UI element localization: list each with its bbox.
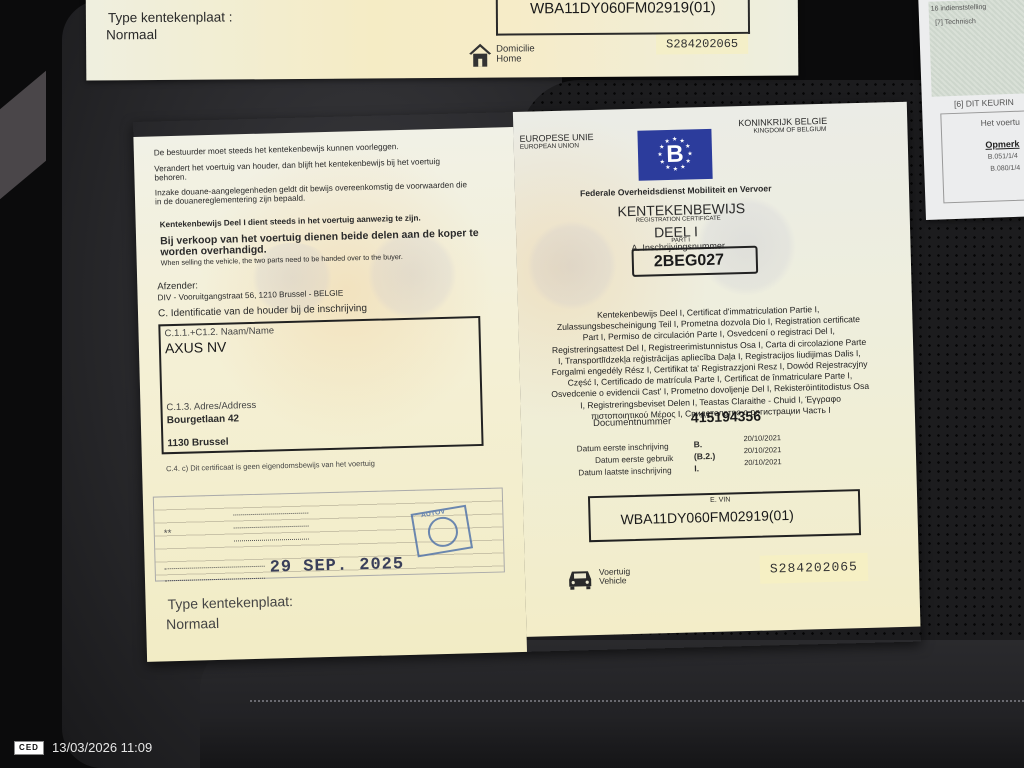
date-value: 20/10/2021 [743, 433, 781, 443]
vin-label: E. VIN [710, 496, 730, 504]
svg-text:★: ★ [657, 151, 663, 158]
svg-text:★: ★ [659, 159, 665, 166]
note-owner-change-1: Verandert het voertuig van houder, dan b… [154, 157, 440, 173]
plate-type-value: Normaal [106, 27, 157, 42]
logo-text: CED [19, 743, 39, 752]
eu-label-en: EUROPEAN UNION [520, 142, 579, 151]
photo-watermark: CED 13/03/2026 11:09 [14, 740, 152, 755]
holder-section-title: C. Identificatie van de houder bij de in… [158, 303, 367, 319]
top-vin-value: WBA11DY060FM02919(01) [530, 0, 716, 17]
rp-line5: Opmerk [985, 139, 1019, 150]
home-label-en: Home [496, 54, 535, 64]
date-code: I. [694, 463, 699, 473]
address-label: C.1.3. Adres/Address [166, 400, 256, 413]
date-value: 20/10/2021 [744, 445, 782, 455]
top-serial: S284202065 [656, 34, 748, 55]
serial-number: S284202065 [760, 553, 869, 584]
rp-line2: [7] Technisch [935, 18, 976, 26]
reg-number-box: 2BEG027 [631, 246, 758, 277]
rp-line6: B.051/1/4 [988, 153, 1018, 161]
note-present: De bestuurder moet steeds het kentekenbe… [154, 142, 399, 157]
vehicle-label-en: Vehicle [599, 576, 627, 586]
multilingual-title: Kentekenbewijs Deel I, Certificat d'imma… [548, 303, 871, 423]
stars: ** [164, 528, 172, 539]
note-keep-in-vehicle: Kentekenbewijs Deel I dient steeds in he… [160, 214, 421, 230]
date-label: Datum laatste inschrijving [578, 466, 672, 477]
car-icon [567, 568, 594, 591]
date-code: B. [694, 439, 703, 449]
home-section: Domicilie Home [468, 41, 535, 67]
vin-box: E. VIN WBA11DY060FM02919(01) [588, 489, 861, 542]
note-owner-change-2: behoren. [154, 173, 187, 183]
svg-text:★: ★ [685, 158, 691, 165]
seal-ring [426, 515, 461, 550]
date-label: Datum eerste inschrijving [577, 442, 669, 453]
ownership-note: C.4. c) Dit certificaat is geen eigendom… [166, 459, 375, 473]
top-document: Type kentekenplaat : Normaal Domicilie H… [86, 0, 799, 80]
date-stamp: 29 SEP. 2025 [269, 555, 404, 578]
owner-box: C.1.1.+C1.2. Naam/Name AXUS NV C.1.3. Ad… [158, 316, 483, 454]
rp-line3: [6] DIT KEURIN [954, 97, 1014, 109]
house-icon [468, 42, 492, 68]
left-page: De bestuurder moet steeds het kentekenbe… [133, 127, 527, 662]
right-page: EUROPESE UNIE EUROPEAN UNION KONINKRIJK … [513, 102, 921, 637]
watermark [526, 219, 618, 311]
doc-number-label: Documentnummer [593, 416, 671, 429]
inspection-paper: 16 indienststelling [7] Technisch [6] DI… [918, 0, 1024, 220]
reg-number: 2BEG027 [654, 252, 725, 272]
svg-text:★: ★ [687, 150, 693, 157]
svg-text:★: ★ [685, 143, 691, 150]
name-value: AXUS NV [165, 339, 227, 357]
background-object [0, 71, 46, 200]
country-letter: B [666, 141, 684, 169]
date-value: 20/10/2021 [744, 457, 782, 467]
watermark [366, 229, 458, 321]
name-label: C.1.1.+C1.2. Naam/Name [164, 325, 274, 339]
rp-line4: Het voertu [980, 117, 1020, 128]
rp-line7: B.080/1/4 [990, 165, 1020, 173]
kingdom-label-en: KINGDOM OF BELGIUM [753, 126, 826, 135]
security-pattern [928, 0, 1024, 97]
vin-value: WBA11DY060FM02919(01) [620, 507, 794, 528]
date-code: (B.2.) [694, 451, 716, 462]
car-seat-cushion [200, 640, 1024, 768]
doc-number: 415194356 [691, 408, 761, 426]
seat-stitching [250, 700, 1024, 702]
photo-datetime: 13/03/2026 11:09 [52, 740, 152, 755]
top-vin-box: WBA11DY060FM02919(01) [496, 0, 750, 36]
address-city: 1130 Brussel [167, 437, 228, 450]
note-customs-1: Inzake douane-aangelegenheden geldt dit … [155, 180, 467, 197]
plate-type-label: Type kentekenplaat: [167, 593, 293, 612]
date-label: Datum eerste gebruik [595, 454, 673, 465]
eu-flag: ★★★ ★★★ ★★★ ★★★ B [637, 129, 712, 181]
ced-logo: CED [14, 741, 44, 755]
official-seal: AUTOV [411, 505, 473, 558]
address-street: Bourgetlaan 42 [167, 413, 240, 426]
plate-type-value: Normaal [166, 615, 219, 632]
registration-certificate: De bestuurder moet steeds het kentekenbe… [133, 102, 921, 662]
plate-type-label: Type kentekenplaat : [108, 9, 233, 25]
sender-label: Afzender: [157, 280, 198, 292]
